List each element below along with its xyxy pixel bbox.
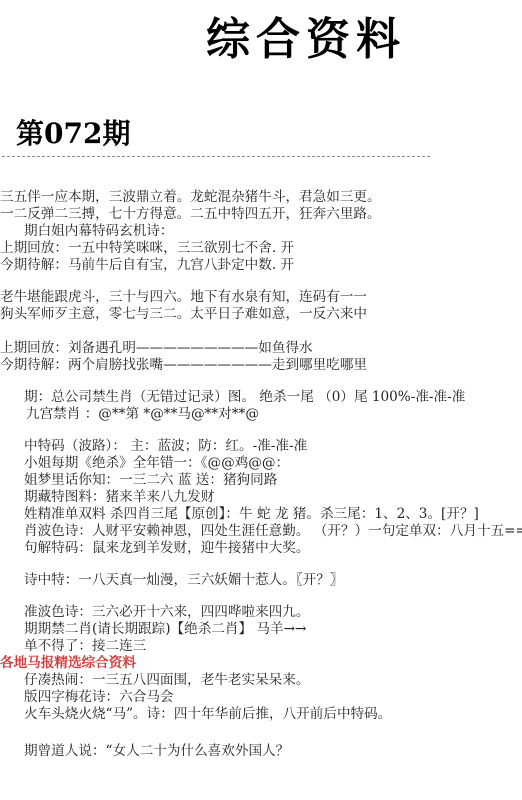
text-line: 肖波色诗：人财平安赖神恩，四处生涯任意勤。 （开？）一句定单双：八月十五==→ (24, 523, 522, 540)
text-line: 期曾道人说：“女人二十为什么喜欢外国人？ (24, 743, 289, 760)
text-line: 期藏特图料：猪来羊来八九发财 (24, 489, 214, 506)
text-line: 期期禁二肖(请长期跟踪)【绝杀二肖】 马羊→→ (24, 621, 306, 638)
text-line: 老牛堪能跟虎斗，三十与四六。地下有水泉有知，连码有一一 (0, 289, 367, 306)
text-line: 火车头烧火烧“马”。诗：四十年华前后推，八开前后中特码。 (24, 706, 391, 723)
text-line: 今期待解：马前牛后自有宝，九宫八卦定中数. 开 (0, 257, 294, 274)
text-line: 单不得了：接二连三 (24, 638, 146, 655)
text-line: 姓精准单双料 杀四肖三尾【原创】：牛 蛇 龙 猪。杀三尾：1、2、3。[开？] (24, 506, 479, 523)
text-line: 一二反弹二三搏，七十方得意。二五中特四五开，狂奔六里路。 (0, 206, 381, 223)
document-title: 综合资料 (206, 12, 406, 68)
text-line: 姐梦里话你知：一三二六 蓝 送：猪狗同路 (24, 472, 277, 489)
text-line: 准波色诗：三六必开十六来，四四哗啦来四九。 (24, 604, 309, 621)
text-line: 仔凑热闹：一三五八四面围，老牛老实呆呆来。 (24, 672, 309, 689)
text-line: 版四字梅花诗：六合马会 (24, 689, 174, 706)
text-line: 九宫禁肖 ：@**第 *@**马@**对**@ (26, 406, 259, 423)
issue-number: 第072期 (16, 116, 130, 152)
text-line: 句解特码：鼠来龙到羊发财，迎牛接猪中大奖。 (24, 540, 309, 557)
text-line: 三五伴一应本期，三波鼎立着。龙蛇混杂猪牛斗，君急如三更。 (0, 189, 381, 206)
section-heading: 各地马报精选综合资料 (0, 655, 136, 672)
text-line: 上期回放：一五中特笑咪咪，三三欲别七不舍. 开 (0, 240, 294, 257)
text-line: 期：总公司禁生肖（无错过记录）图。 绝杀一尾 （0）尾 100%-准-准-准 (24, 389, 465, 406)
text-line: 上期回放：刘备遇孔明—————————如鱼得水 (0, 340, 313, 357)
text-line: 中特码（波路）： 主：蓝波；防：红。-准-准-准 (24, 438, 307, 455)
text-line: 诗中特：一八天真一灿漫，三六妖媚十惹人。〖开？〗 (24, 572, 343, 589)
text-line: 今期待解：两个肩膀找张嘴————————走到哪里吃哪里 (0, 357, 367, 374)
divider (2, 156, 430, 157)
text-line: 期白姐内幕特码玄机诗： (24, 223, 174, 240)
text-line: 小姐每期《绝杀》全年错一：《@@鸡@@： (24, 455, 289, 472)
text-line: 狗头军师歹主意，零七与三二。太平日子难如意，一反六来中 (0, 306, 367, 323)
